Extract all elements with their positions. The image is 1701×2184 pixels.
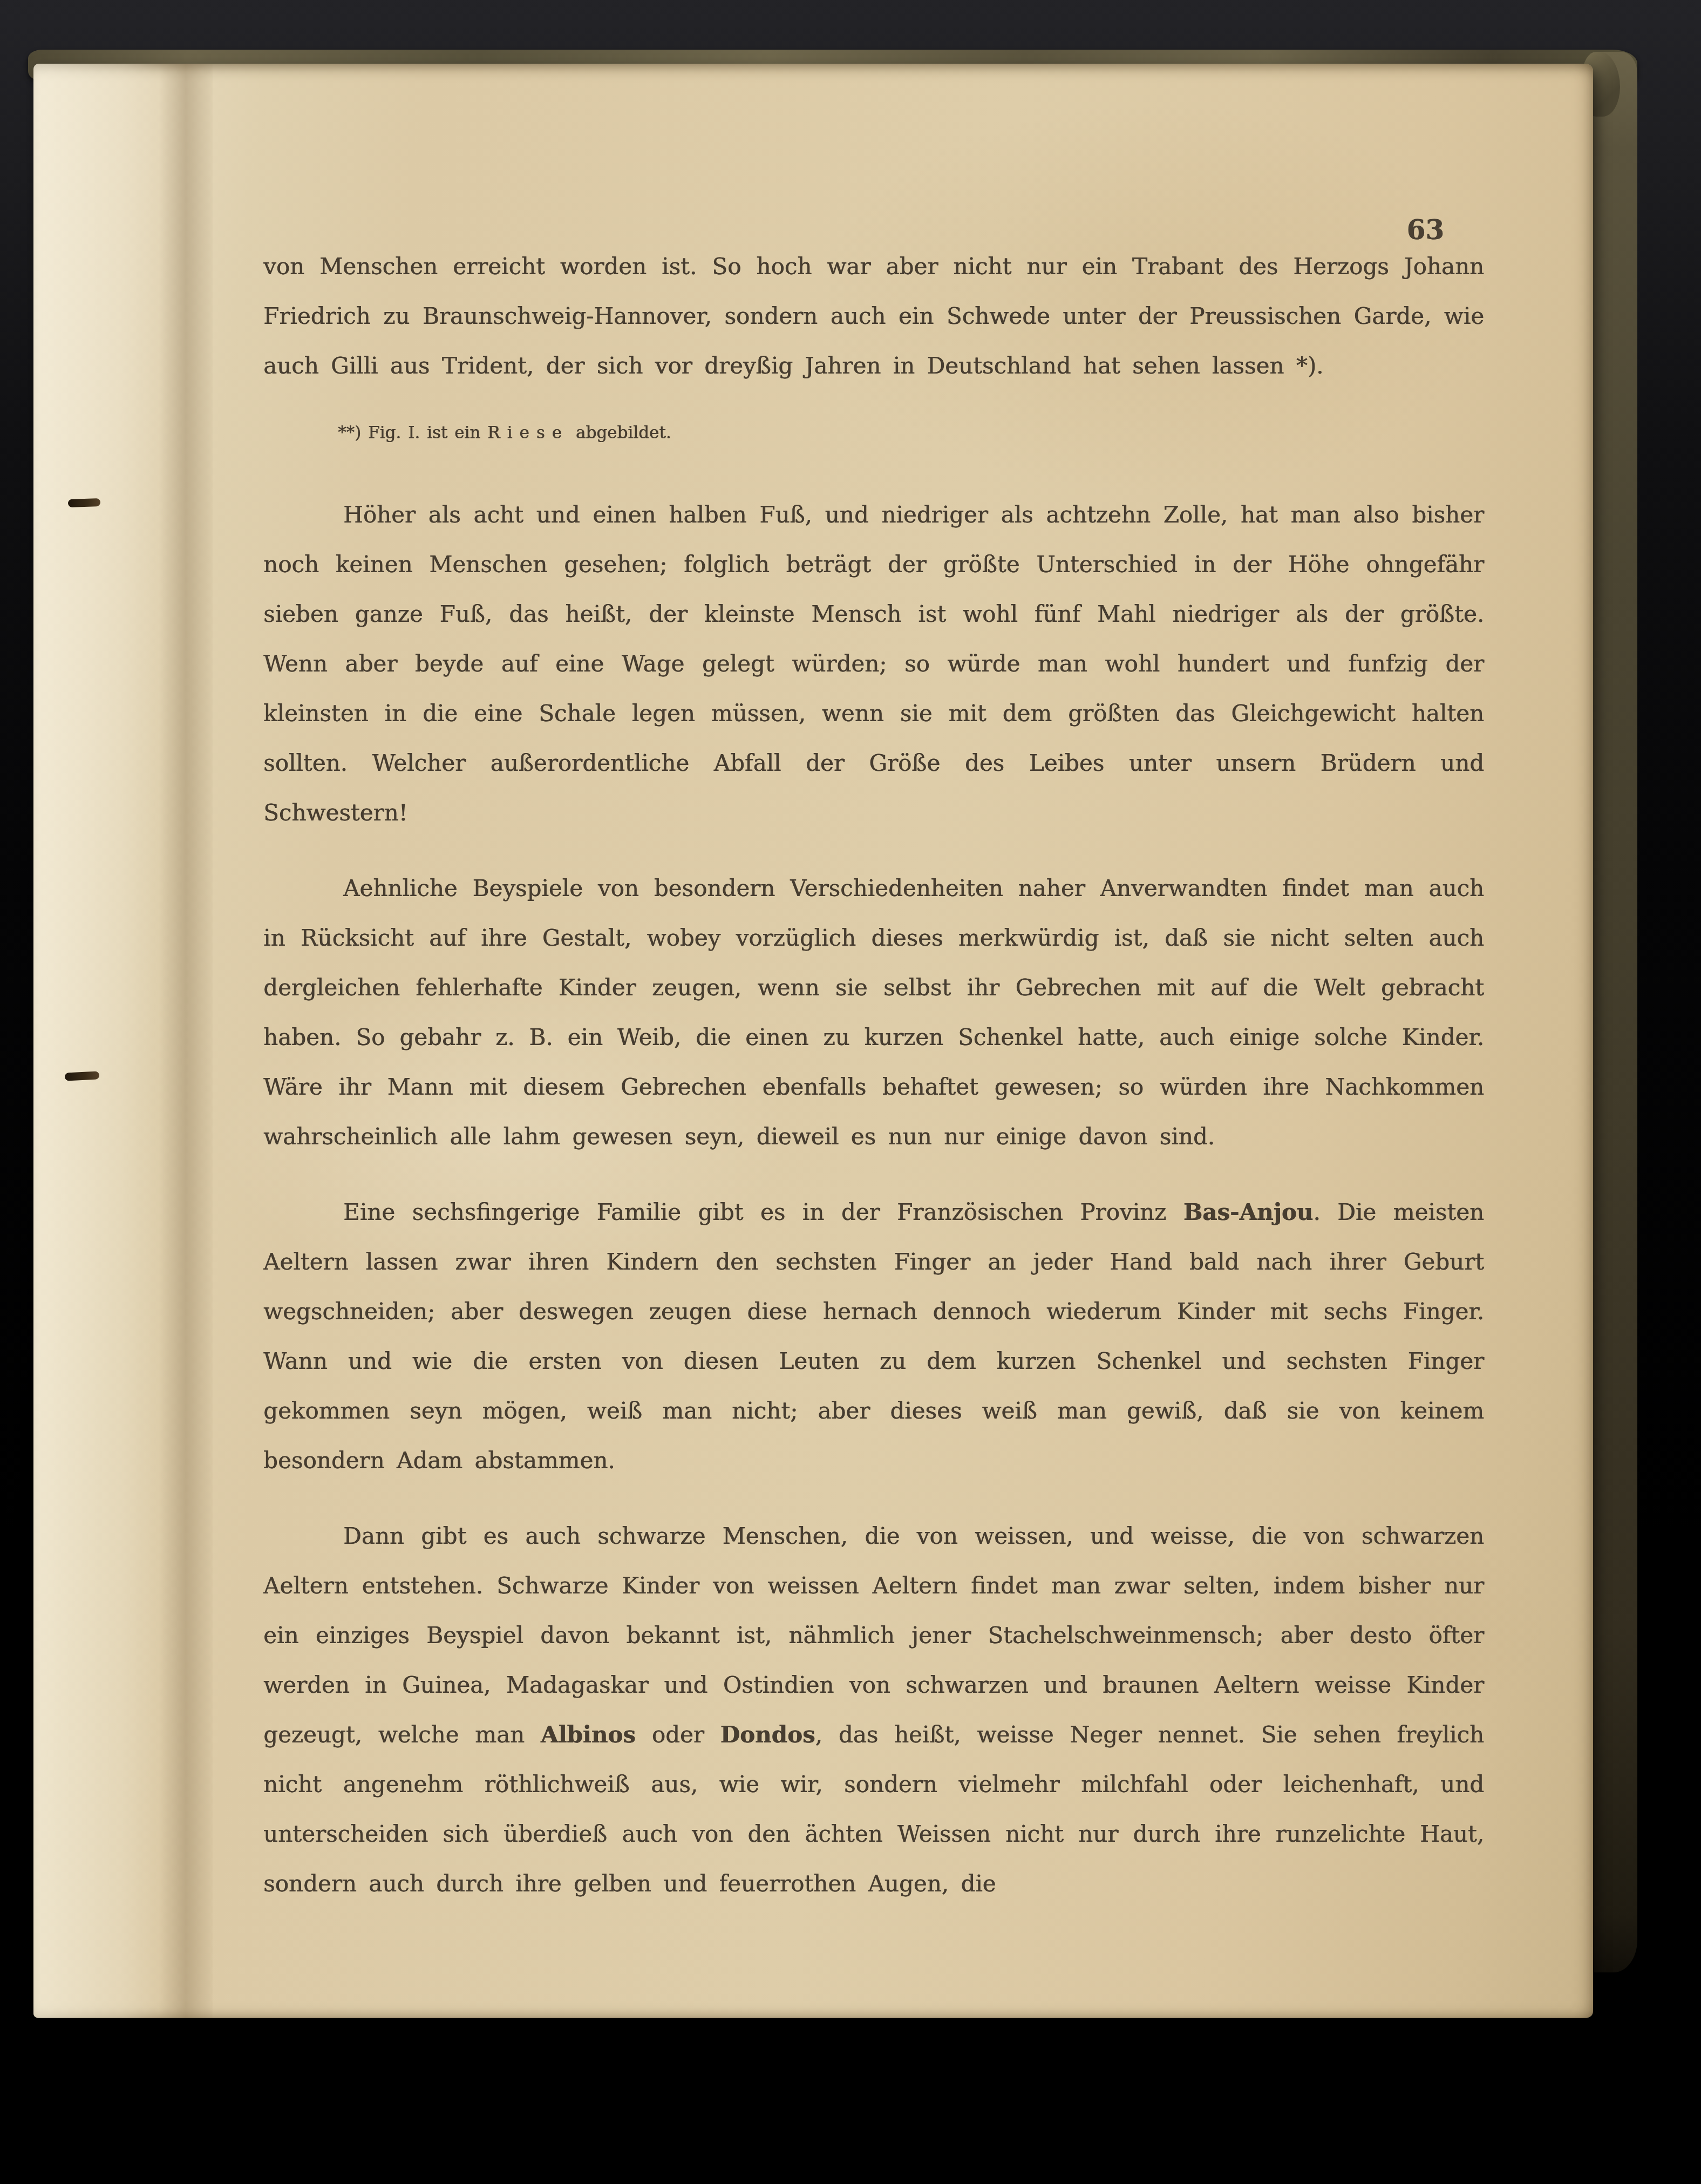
text-run: von Menschen erreicht worden ist. So hoc… (263, 253, 1484, 379)
text-run: oder (636, 1721, 720, 1748)
footnote: **) Fig. I. ist ein Riese abgebildet. (338, 421, 1484, 445)
page-number: 63 (1406, 214, 1444, 246)
text-run: Aehnliche Beyspiele von besondern Versch… (263, 875, 1484, 1150)
text-run: **) Fig. I. ist ein (338, 423, 487, 443)
emphasized-text: Riese (487, 423, 569, 443)
text-run: Höher als acht und einen halben Fuß, und… (263, 501, 1484, 826)
paragraph: Dann gibt es auch schwarze Menschen, die… (263, 1511, 1484, 1909)
emphasized-text: Albinos (541, 1721, 636, 1748)
text-run: . Die meisten Aeltern lassen zwar ihren … (263, 1199, 1484, 1474)
paragraph: Eine sechsfingerige Familie gibt es in d… (263, 1188, 1484, 1486)
emphasized-text: Bas-Anjou (1183, 1199, 1314, 1225)
binding-stitch (68, 498, 100, 507)
gutter-fold (33, 64, 213, 2018)
emphasized-text: Dondos (720, 1721, 815, 1748)
text-run: Dann gibt es auch schwarze Menschen, die… (263, 1523, 1484, 1748)
text-run: abgebildet. (569, 423, 671, 443)
book-cover-right-edge (1590, 52, 1637, 1972)
paragraph: von Menschen erreicht worden ist. So hoc… (263, 242, 1484, 391)
paragraph: Aehnliche Beyspiele von besondern Versch… (263, 864, 1484, 1162)
paragraph: Höher als acht und einen halben Fuß, und… (263, 490, 1484, 838)
text-block: von Menschen erreicht worden ist. So hoc… (263, 242, 1484, 1909)
book-page: 63 von Menschen erreicht worden ist. So … (33, 64, 1593, 2018)
text-run: Eine sechsfingerige Familie gibt es in d… (343, 1199, 1183, 1225)
photo-backdrop: { "page": { "number": "63", "items": [ {… (0, 0, 1701, 2184)
